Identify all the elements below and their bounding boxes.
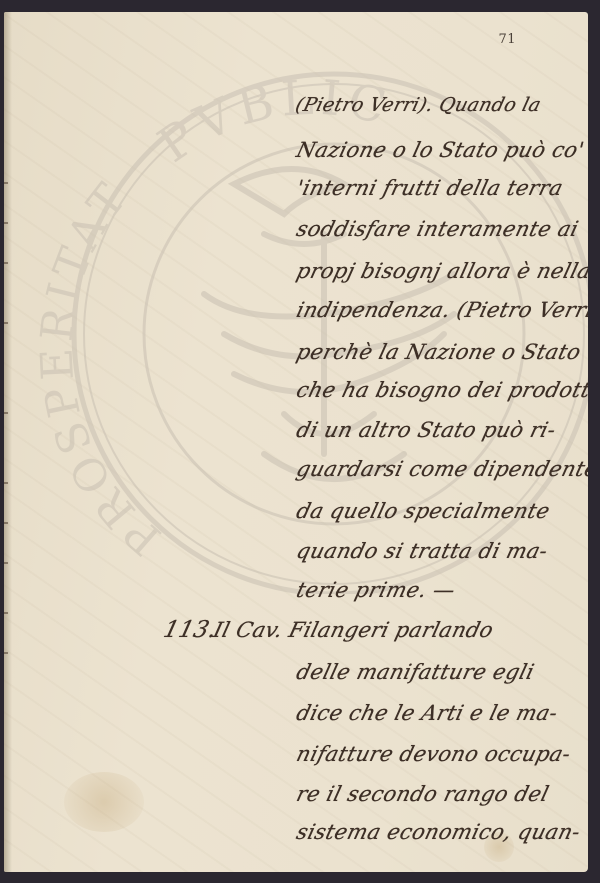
text-line: delle manifatture egli: [294, 660, 537, 684]
text-line: propj bisognj allora è nella: [294, 259, 588, 283]
text-line: guardarsi come dipendente: [294, 457, 588, 481]
text-line: soddisfare interamente ai: [294, 217, 581, 241]
handwritten-text: (Pietro Verri). Quando la Nazione o lo S…: [4, 12, 588, 872]
text-line: indipendenza. (Pietro Verri): [294, 298, 588, 322]
text-line: Nazione o lo Stato può co': [294, 138, 587, 162]
text-line: sistema economico, quan-: [294, 820, 583, 844]
text-line: che ha bisogno dei prodotti: [294, 378, 588, 402]
text-line: quando si tratta di ma-: [294, 539, 550, 563]
text-line: di un altro Stato può ri-: [294, 418, 558, 442]
text-line: terie prime. —: [294, 578, 458, 602]
text-line: perchè la Nazione o Stato: [294, 340, 583, 364]
manuscript-page: PVBLIC PROSPERITATI 71 (Pietro Verri). Q…: [4, 12, 588, 872]
text-line: nifatture devono occupa-: [294, 742, 573, 766]
text-line: dice che le Arti e le ma-: [294, 701, 560, 725]
text-line: 'interni frutti della terra: [294, 176, 565, 200]
text-line: re il secondo rango del: [294, 782, 551, 806]
text-line: Il Cav. Filangeri parlando: [211, 618, 496, 642]
text-line: (Pietro Verri). Quando la: [293, 94, 543, 116]
text-line: da quello specialmente: [294, 499, 552, 523]
scan-background: PVBLIC PROSPERITATI 71 (Pietro Verri). Q…: [0, 0, 600, 883]
